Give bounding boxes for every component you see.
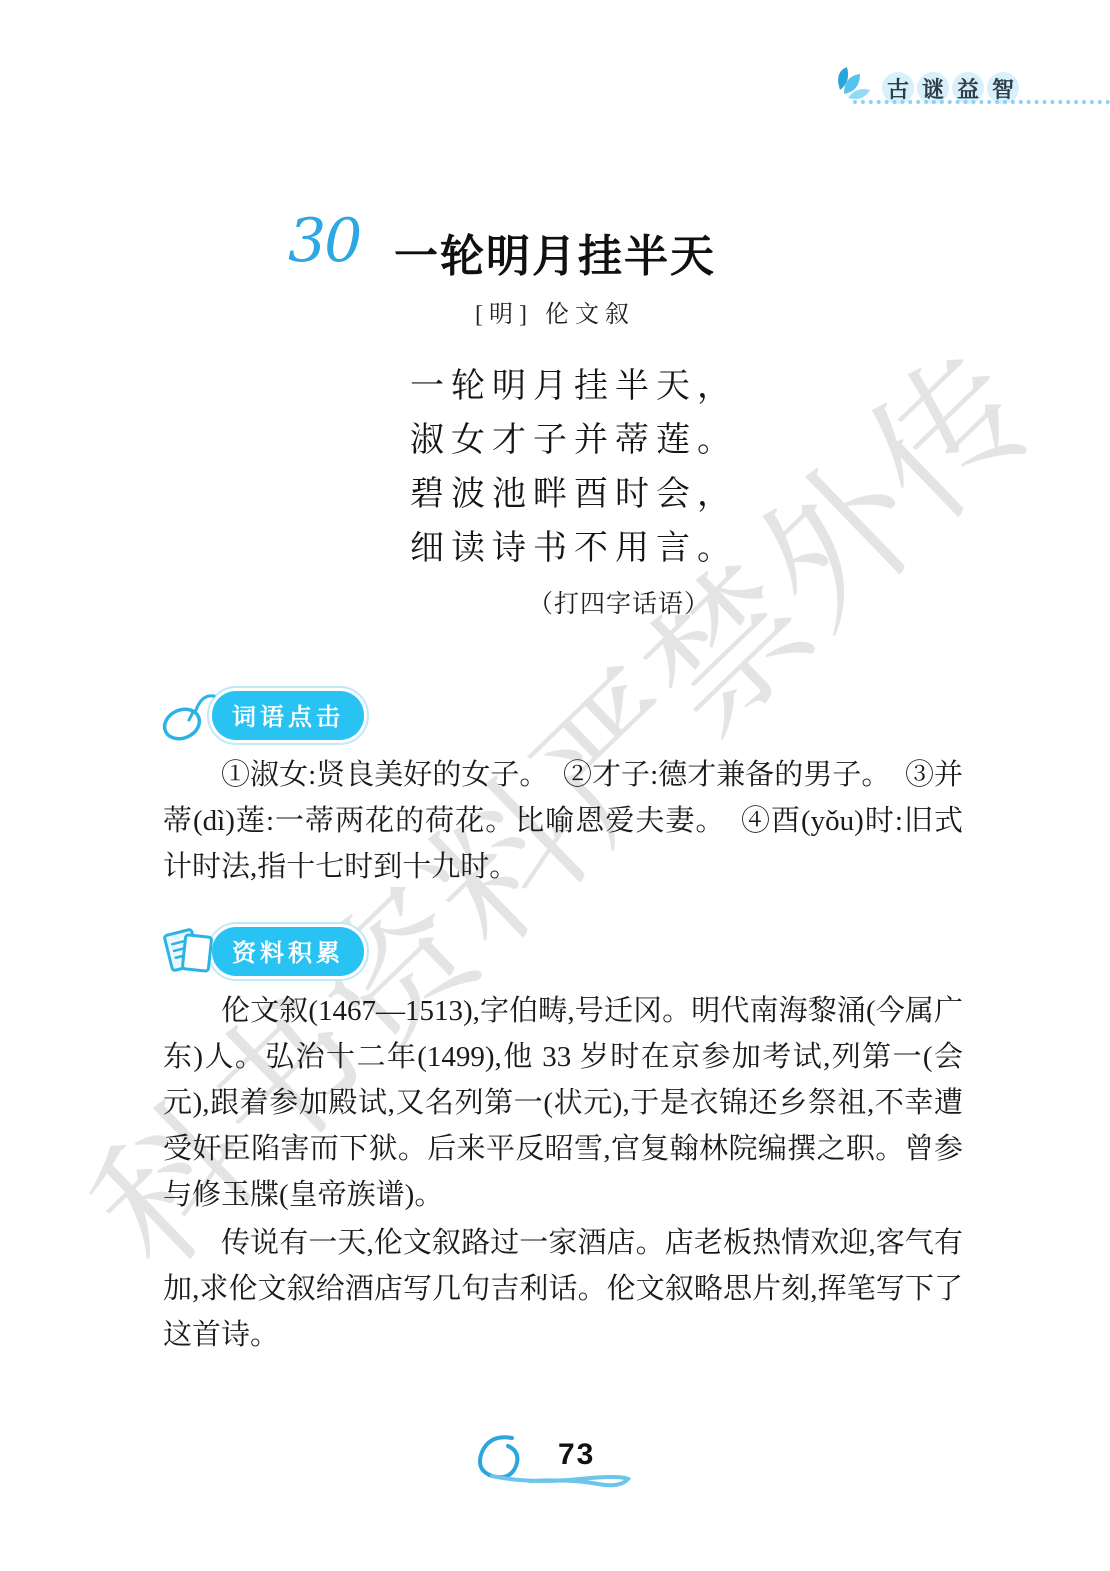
book-page: 科书资料严禁外传 古谜益智 30 一轮明月挂半天 [明] 伦文叙 一轮明月挂半天…: [0, 0, 1110, 1571]
word-notes-paragraph: ①淑女:贤良美好的女子。 ②才子:德才兼备的男子。 ③并蒂(dì)莲:一蒂两花的…: [163, 752, 963, 890]
section-badge: 词语点击: [212, 691, 364, 740]
section-badge: 资料积累: [212, 927, 364, 976]
poem-block: 一轮明月挂半天， 淑女才子并蒂莲。 碧波池畔酉时会， 细读诗书不用言。 （打四字…: [410, 360, 738, 620]
page-number: 73: [558, 1438, 595, 1472]
mouse-icon: [160, 686, 216, 744]
ribbon-swirl-icon: [470, 1432, 640, 1494]
riddle-author: [明] 伦文叙: [0, 294, 1110, 329]
page-footer: 73: [470, 1432, 640, 1494]
poem-line: 淑女才子并蒂莲。: [410, 414, 738, 468]
documents-icon: [160, 922, 216, 980]
header-dotted-divider: [853, 100, 1110, 104]
poem-line: 碧波池畔酉时会，: [410, 468, 738, 522]
riddle-title: 一轮明月挂半天: [0, 220, 1110, 284]
section-words-header: 词语点击: [160, 686, 364, 744]
poem-line: 一轮明月挂半天，: [410, 360, 738, 414]
poem-line: 细读诗书不用言。: [410, 522, 738, 576]
legend-paragraph: 传说有一天,伦文叙路过一家酒店。店老板热情欢迎,客气有加,求伦文叙给酒店写几句吉…: [163, 1220, 963, 1358]
riddle-hint: （打四字话语）: [410, 584, 710, 620]
section-materials-header: 资料积累: [160, 922, 364, 980]
biography-paragraph: 伦文叙(1467—1513),字伯畴,号迁冈。明代南海黎涌(今属广东)人。弘治十…: [163, 988, 963, 1218]
